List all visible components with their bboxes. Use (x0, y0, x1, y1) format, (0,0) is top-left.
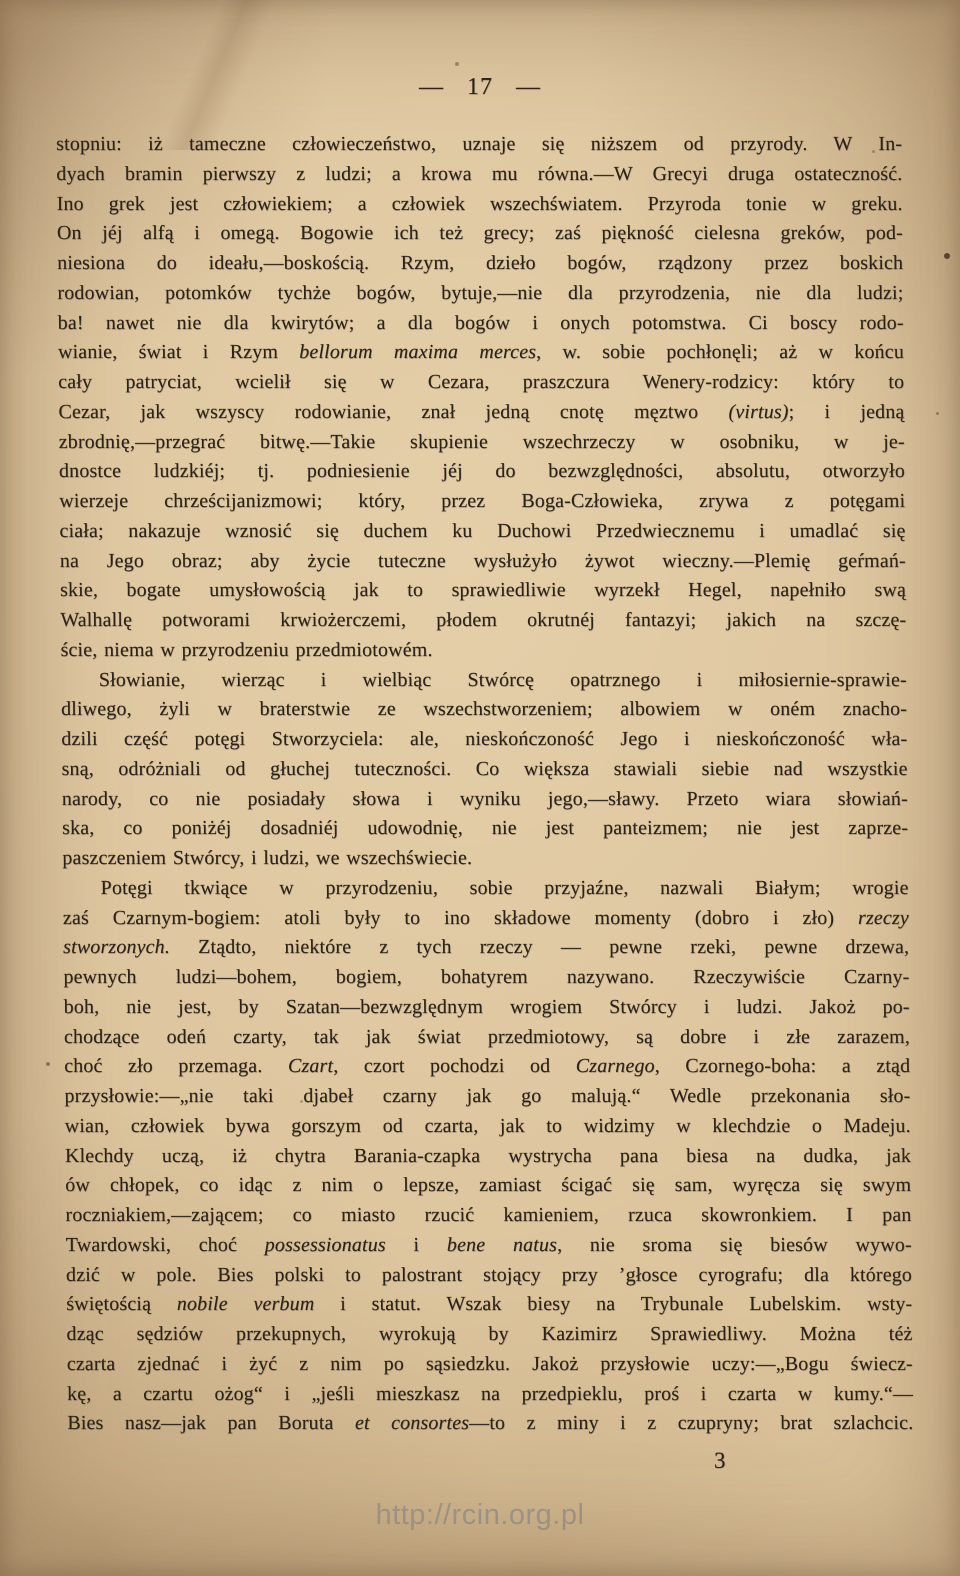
italic-text-segment: et consortes (355, 1412, 469, 1434)
text-line: dyach bramin pierwszy z ludzi; a krowa m… (56, 160, 902, 190)
text-segment: ska, co poniżéj dosadniéj udowodnię, nie… (62, 817, 908, 839)
text-segment: kę, a czartu ożog“ i „jeśli mieszkasz na… (67, 1383, 913, 1405)
text-line: stworzonych. Ztądto, niektóre z tych rze… (63, 933, 909, 963)
text-segment: Walhallę potworami krwiożerczemi, płodem… (60, 609, 906, 631)
text-segment: , czort pochodzi od (333, 1055, 576, 1077)
body-text: stopniu: iż tameczne człowieczeństwo, uz… (56, 130, 913, 1439)
text-segment: Ztądto, niektóre z tych rzeczy — pewne r… (170, 936, 909, 958)
text-line: rodowian, potomków tychże bogów, bytuje,… (57, 279, 903, 309)
text-segment: świętością (66, 1293, 177, 1315)
text-segment: Bies nasz—jak pan Boruta (67, 1412, 355, 1434)
text-segment: ciała; nakazuje wznosić się duchem ku Du… (59, 520, 905, 542)
text-segment: wian, człowiek bywa gorszym od czarta, j… (65, 1115, 911, 1137)
text-segment: , w. sobie pochłonęli; aż w końcu (536, 341, 904, 363)
text-segment: zaś Czarnym-bogiem: atoli były to ino sk… (63, 907, 858, 929)
text-line: ska, co poniżéj dosadniéj udowodnię, nie… (62, 814, 908, 844)
ink-speck (936, 412, 939, 415)
italic-text-segment: Czarnego (576, 1055, 655, 1077)
ink-speck (455, 62, 459, 66)
text-segment: ba! nawet nie dla kwirytów; a dla bogów … (58, 312, 904, 334)
text-line: dnostce ludzkiéj; tj. podniesienie jéj d… (59, 457, 905, 487)
text-segment: ów chłopek, co idąc z nim o lepsze, zami… (65, 1174, 911, 1196)
text-line: dzić w pole. Bies polski to palostrant s… (66, 1261, 912, 1291)
text-segment: dliwego, żyli w braterstwie ze wszechstw… (61, 698, 907, 720)
text-line: Klechdy uczą, iż chytra Barania-czapka w… (65, 1142, 911, 1172)
italic-text-segment: (virtus) (728, 401, 788, 423)
italic-text-segment: rzeczy (858, 907, 909, 929)
text-line: On jéj alfą i omegą. Bogowie ich też gre… (57, 219, 903, 249)
text-line: Bies nasz—jak pan Boruta et consortes—to… (67, 1409, 913, 1439)
text-line: przysłowie:—„nie taki djabeł czarny jak … (64, 1082, 910, 1112)
text-line: zbrodnię,—przegrać bitwę.—Takie skupieni… (59, 428, 905, 458)
text-segment: roczniakiem,—zającem; co miasto rzucić k… (65, 1204, 911, 1226)
text-line: boh, nie jest, by Szatan—bezwzględnym wr… (64, 993, 910, 1023)
text-line: paszczeniem Stwórcy, i ludzi, we wszechś… (62, 844, 908, 874)
text-segment: rodowian, potomków tychże bogów, bytuje,… (57, 282, 903, 304)
signature-number: 3 (714, 1448, 726, 1474)
italic-text-segment: stworzonych. (63, 936, 170, 958)
text-segment: wianie, świat i Rzym (58, 341, 299, 363)
text-segment: chodzące odeń czarty, tak jak świat prze… (64, 1026, 910, 1048)
italic-text-segment: Czart (288, 1055, 333, 1077)
text-segment: na Jego obraz; aby życie tuteczne wysłuż… (60, 550, 906, 572)
text-line: Cezar, jak wszyscy rodowianie, znał jedn… (58, 398, 904, 428)
text-segment: choć zło przemaga. (64, 1055, 288, 1077)
text-segment: Słowianie, wierząc i wielbiąc Stwórcę op… (99, 669, 907, 691)
text-segment: dzić w pole. Bies polski to palostrant s… (66, 1264, 912, 1286)
text-segment: cały patryciat, wcielił się w Cezara, pr… (58, 371, 904, 393)
text-segment: niesiona do ideału,—boskością. Rzym, dzi… (57, 252, 903, 274)
text-line: Twardowski, choć possessionatus i bene n… (66, 1231, 912, 1261)
text-segment: Ino grek jest człowiekiem; a człowiek ws… (57, 193, 903, 215)
ink-speck (872, 150, 875, 153)
text-line: wian, człowiek bywa gorszym od czarta, j… (65, 1112, 911, 1142)
text-segment: boh, nie jest, by Szatan—bezwzględnym wr… (64, 996, 910, 1018)
text-segment: ; i jedną (788, 401, 904, 423)
text-line: Słowianie, wierząc i wielbiąc Stwórcę op… (61, 666, 907, 696)
ink-speck (46, 1062, 50, 1066)
text-segment: zbrodnię,—przegrać bitwę.—Takie skupieni… (59, 431, 905, 453)
italic-text-segment: nobile verbum (177, 1293, 315, 1315)
text-line: na Jego obraz; aby życie tuteczne wysłuż… (60, 547, 906, 577)
text-segment: On jéj alfą i omegą. Bogowie ich też gre… (57, 222, 903, 244)
italic-text-segment: bene natus (447, 1234, 557, 1256)
text-line: roczniakiem,—zającem; co miasto rzucić k… (65, 1201, 911, 1231)
text-segment: ście, niema w przyrodzeniu przedmiotowém… (60, 639, 432, 661)
text-line: dząc sędziów przekupnych, wyrokują by Ka… (66, 1320, 912, 1350)
text-segment: przysłowie:—„nie taki djabeł czarny jak … (64, 1085, 910, 1107)
page-number-header: — 17 — (0, 74, 960, 101)
text-line: pewnych ludzi—bohem, bogiem, bohatyrem n… (63, 963, 909, 993)
text-line: Potęgi tkwiące w przyrodzeniu, sobie prz… (62, 874, 908, 904)
text-line: dliwego, żyli w braterstwie ze wszechstw… (61, 695, 907, 725)
text-segment: Cezar, jak wszyscy rodowianie, znał jedn… (58, 401, 728, 423)
text-segment: stopniu: iż tameczne człowieczeństwo, uz… (56, 133, 902, 155)
text-line: ciała; nakazuje wznosić się duchem ku Du… (59, 517, 905, 547)
text-segment: —to z miny i z czupryny; brat szlachcic. (469, 1412, 913, 1434)
text-line: kę, a czartu ożog“ i „jeśli mieszkasz na… (67, 1380, 913, 1410)
text-segment: , nie sroma się biesów wywo- (557, 1234, 912, 1256)
text-segment: paszczeniem Stwórcy, i ludzi, we wszechś… (62, 847, 472, 869)
text-segment: sną, odróżniali od głuchej tuteczności. … (61, 758, 907, 780)
text-segment: , Czornego-boha: a ztąd (655, 1055, 911, 1077)
book-page-scan: — 17 — stopniu: iż tameczne człowieczeńs… (0, 0, 960, 1576)
text-line: chodzące odeń czarty, tak jak świat prze… (64, 1023, 910, 1053)
text-line: czarta zjednać i żyć z nim po sąsiedzku.… (67, 1350, 913, 1380)
watermark-url: http://rcin.org.pl (0, 1499, 960, 1532)
text-line: Walhallę potworami krwiożerczemi, płodem… (60, 606, 906, 636)
text-line: ba! nawet nie dla kwirytów; a dla bogów … (58, 309, 904, 339)
text-segment: dyach bramin pierwszy z ludzi; a krowa m… (56, 163, 902, 185)
text-line: ów chłopek, co idąc z nim o lepsze, zami… (65, 1171, 911, 1201)
text-segment: narody, co nie posiadały słowa i wyniku … (62, 788, 908, 810)
italic-text-segment: possessionatus (265, 1234, 386, 1256)
text-segment: dząc sędziów przekupnych, wyrokują by Ka… (66, 1323, 912, 1345)
text-line: Ino grek jest człowiekiem; a człowiek ws… (57, 190, 903, 220)
text-line: dzili część potęgi Stworzyciela: ale, ni… (61, 725, 907, 755)
text-segment: dzili część potęgi Stworzyciela: ale, ni… (61, 728, 907, 750)
text-segment: i (386, 1234, 447, 1256)
text-segment: Klechdy uczą, iż chytra Barania-czapka w… (65, 1145, 911, 1167)
text-line: choć zło przemaga. Czart, czort pochodzi… (64, 1052, 910, 1082)
text-segment: pewnych ludzi—bohem, bogiem, bohatyrem n… (63, 966, 909, 988)
text-segment: dnostce ludzkiéj; tj. podniesienie jéj d… (59, 460, 905, 482)
text-line: wierzeje chrześcijanizmowi; który, przez… (59, 487, 905, 517)
italic-text-segment: bellorum maxima merces (299, 341, 536, 363)
text-segment: Twardowski, choć (66, 1234, 265, 1256)
text-line: narody, co nie posiadały słowa i wyniku … (62, 785, 908, 815)
text-segment: czarta zjednać i żyć z nim po sąsiedzku.… (67, 1353, 913, 1375)
text-line: skie, bogate umysłowością jak to sprawie… (60, 576, 906, 606)
text-line: stopniu: iż tameczne człowieczeństwo, uz… (56, 130, 902, 160)
text-line: wianie, świat i Rzym bellorum maxima mer… (58, 338, 904, 368)
text-segment: wierzeje chrześcijanizmowi; który, przez… (59, 490, 905, 512)
text-line: świętością nobile verbum i statut. Wszak… (66, 1290, 912, 1320)
text-line: sną, odróżniali od głuchej tuteczności. … (61, 755, 907, 785)
text-line: cały patryciat, wcielił się w Cezara, pr… (58, 368, 904, 398)
text-line: zaś Czarnym-bogiem: atoli były to ino sk… (63, 904, 909, 934)
text-line: ście, niema w przyrodzeniu przedmiotowém… (60, 636, 906, 666)
text-segment: skie, bogate umysłowością jak to sprawie… (60, 579, 906, 601)
text-segment: i statut. Wszak biesy na Trybunale Lubel… (314, 1293, 912, 1315)
ink-speck (300, 1100, 303, 1103)
text-segment: Potęgi tkwiące w przyrodzeniu, sobie prz… (101, 877, 909, 899)
text-line: niesiona do ideału,—boskością. Rzym, dzi… (57, 249, 903, 279)
ink-speck (944, 253, 950, 259)
